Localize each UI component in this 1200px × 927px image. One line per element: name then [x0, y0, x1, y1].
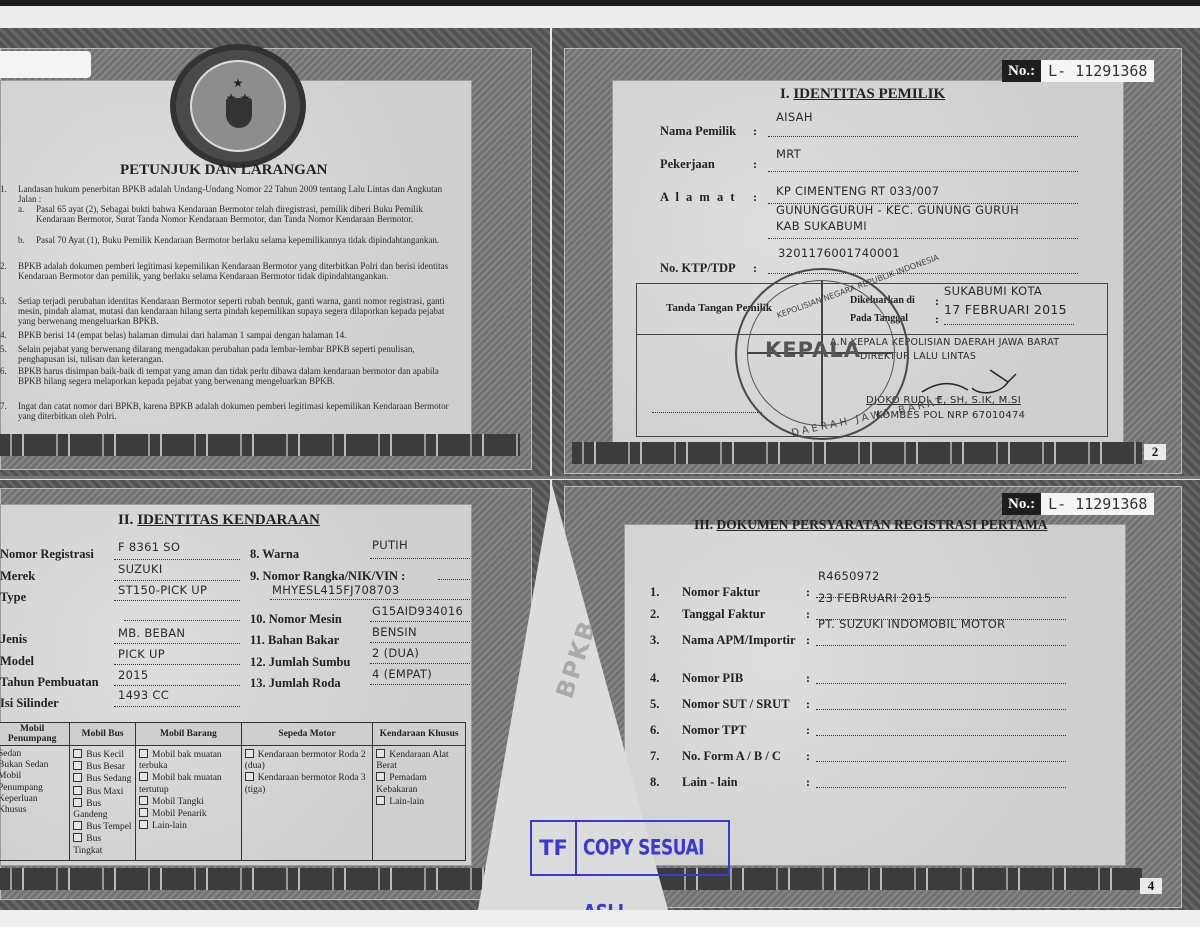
alamat-label: A l a m a t — [660, 190, 737, 205]
colon: : — [806, 775, 810, 790]
category-option-label: Mobil bak muatan terbuka — [139, 750, 222, 771]
field-label: Nomor SUT / SRUT — [682, 697, 790, 712]
nomor-registrasi-value: F 8361 SO — [118, 540, 180, 554]
colon: : — [806, 723, 810, 738]
pekerjaan-value: MRT — [776, 147, 801, 161]
dotted-line — [816, 645, 1066, 646]
field-number: 8. — [650, 775, 659, 790]
jumlah-sumbu-value: 2 (DUA) — [372, 646, 419, 660]
checkbox[interactable] — [139, 749, 148, 758]
checkbox[interactable] — [73, 833, 82, 842]
dotted-line — [114, 706, 240, 707]
colon: : — [806, 697, 810, 712]
document-number-p2: No.:L- 11291368 — [1002, 60, 1154, 82]
stamp-tf-text: TF — [532, 822, 577, 874]
dotted-line — [816, 761, 1066, 762]
pekerjaan-label: Pekerjaan — [660, 157, 715, 172]
category-column: Kendaraan Alat BeratPemadam KebakaranLai… — [373, 746, 466, 861]
page-3-title: II. IDENTITAS KENDARAAN — [118, 512, 320, 529]
category-option[interactable]: Mobil bak muatan terbuka — [139, 749, 238, 772]
page-1-title: PETUNJUK DAN LARANGAN — [120, 162, 328, 179]
checkbox[interactable] — [139, 772, 148, 781]
dotted-line — [124, 620, 240, 621]
category-header: Mobil Barang — [136, 723, 242, 746]
colon: : — [806, 607, 810, 622]
checkbox[interactable] — [73, 798, 82, 807]
checkbox[interactable] — [73, 761, 82, 770]
category-option[interactable]: Bukan Sedan — [0, 760, 66, 771]
checkbox[interactable] — [376, 749, 385, 758]
number-label: No.: — [1002, 493, 1041, 515]
category-column: Kendaraan bermotor Roda 2 (dua)Kendaraan… — [241, 746, 373, 861]
dotted-line — [114, 580, 240, 581]
category-option-label: Bus Besar — [86, 762, 125, 772]
category-option[interactable]: Mobil Penumpang — [0, 771, 66, 793]
category-option-label: Kendaraan Alat Berat — [376, 750, 448, 771]
bahan-bakar-value: BENSIN — [372, 625, 417, 639]
polri-seal-emblem: ★★ ★ — [170, 44, 306, 168]
jumlah-sumbu-label: 12. Jumlah Sumbu — [250, 655, 350, 670]
nomor-rangka-label: 9. Nomor Rangka/NIK/VIN : — [250, 569, 405, 584]
ktp-label: No. KTP/TDP — [660, 261, 736, 276]
ktp-value: 3201176001740001 — [778, 246, 900, 260]
warna-label: 8. Warna — [250, 547, 299, 562]
category-option-label: Mobil bak muatan tertutup — [139, 773, 222, 794]
field-value: PT. SUZUKI INDOMOBIL MOTOR — [818, 617, 1005, 631]
field-number: 6. — [650, 723, 659, 738]
dotted-line — [768, 238, 1078, 239]
category-option-label: Lain-lain — [152, 821, 187, 831]
colon: : — [806, 671, 810, 686]
category-header: Mobil Penumpang — [0, 723, 70, 746]
warna-value: PUTIH — [372, 538, 408, 552]
instruction-text: BPKB berisi 14 (empat belas) halaman dim… — [18, 330, 460, 340]
dotted-line — [114, 685, 240, 686]
category-option-label: Bukan Sedan — [0, 760, 48, 770]
checkbox[interactable] — [245, 772, 254, 781]
category-option[interactable]: Bus Tingkat — [73, 833, 132, 856]
category-option-label: Mobil Tangki — [152, 797, 204, 807]
category-option[interactable]: Mobil Tangki — [139, 796, 238, 808]
field-label: Tanggal Faktur — [682, 607, 765, 622]
dotted-line — [114, 600, 240, 601]
jenis-value: MB. BEBAN — [118, 626, 185, 640]
stamp-center-text: KEPALA — [765, 338, 861, 362]
merek-value: SUZUKI — [118, 562, 163, 576]
page-number-2: 2 — [1144, 444, 1166, 460]
checkbox[interactable] — [73, 773, 82, 782]
category-option[interactable]: Mobil bak muatan tertutup — [139, 772, 238, 795]
category-option[interactable]: Keperluan Khusus — [0, 794, 66, 816]
category-option-label: Bus Maxi — [86, 787, 123, 797]
nomor-rangka-value: MHYESL415FJ708703 — [272, 583, 400, 597]
field-value: 23 FEBRUARI 2015 — [818, 591, 931, 605]
dotted-line — [816, 709, 1066, 710]
dotted-line — [768, 171, 1078, 172]
type-label: Type — [0, 590, 26, 605]
instruction-text: Setiap terjadi perubahan identitas Kenda… — [18, 296, 460, 326]
category-option[interactable]: Pemadam Kebakaran — [376, 772, 462, 795]
category-option[interactable]: Bus Tempel — [73, 821, 132, 833]
dotted-line — [370, 684, 470, 685]
page-1-bottom-ornament — [0, 434, 520, 456]
field-number: 2. — [650, 607, 659, 622]
category-option-label: Lain-lain — [389, 797, 424, 807]
category-option-label: Mobil Penarik — [152, 809, 207, 819]
instruction-text: BPKB harus disimpan baik-baik di tempat … — [18, 366, 460, 386]
field-label: Nama APM/Importir — [682, 633, 796, 648]
checkbox[interactable] — [139, 796, 148, 805]
category-option[interactable]: Bus Sedang — [73, 773, 132, 785]
field-label: Nomor Faktur — [682, 585, 760, 600]
field-number: 4. — [650, 671, 659, 686]
type-value: ST150-PICK UP — [118, 583, 207, 597]
colon: : — [806, 585, 810, 600]
item-number: 5. — [0, 344, 7, 354]
instruction-text: Pasal 65 ayat (2), Sebagai bukti bahwa K… — [36, 204, 456, 224]
checkbox[interactable] — [139, 808, 148, 817]
nama-pemilik-label: Nama Pemilik — [660, 124, 736, 139]
category-option[interactable]: Lain-lain — [139, 820, 238, 832]
page-4-title: III. DOKUMEN PERSYARATAN REGISTRASI PERT… — [694, 517, 1047, 533]
colon: : — [806, 633, 810, 648]
category-option-label: Kendaraan bermotor Roda 3 (tiga) — [245, 773, 366, 794]
colon: : — [806, 749, 810, 764]
field-label: Lain - lain — [682, 775, 738, 790]
scan-bottom-margin — [0, 910, 1200, 927]
item-number: 1. — [0, 184, 7, 194]
category-option[interactable]: Bus Besar — [73, 761, 132, 773]
category-option[interactable]: Kendaraan Alat Berat — [376, 749, 462, 772]
item-number: b. — [18, 235, 25, 245]
checkbox[interactable] — [376, 796, 385, 805]
instruction-text: Ingat dan catat nomor dari BPKB, karena … — [18, 401, 460, 421]
checkbox[interactable] — [376, 772, 385, 781]
alamat-line-3: KAB SUKABUMI — [776, 219, 867, 233]
category-option-label: Sedan — [0, 749, 21, 759]
field-number: 5. — [650, 697, 659, 712]
category-option-label: Bus Tempel — [86, 822, 131, 832]
alamat-line-2: GUNUNGGURUH - KEC. GUNUNG GURUH — [776, 203, 1019, 217]
dotted-line — [370, 558, 470, 559]
model-label: Model — [0, 654, 34, 669]
category-option[interactable]: Bus Gandeng — [73, 798, 132, 821]
dotted-line — [816, 735, 1066, 736]
category-option[interactable]: Lain-lain — [376, 796, 462, 808]
dotted-line — [114, 664, 240, 665]
isi-silinder-value: 1493 CC — [118, 688, 169, 702]
field-label: Nomor PIB — [682, 671, 743, 686]
category-option-label: Keperluan Khusus — [0, 794, 38, 815]
dotted-line — [370, 621, 470, 622]
issue-date-value: 17 FEBRUARI 2015 — [944, 302, 1067, 317]
stamp-copy-text: COPY SESUAI ASLI — [577, 816, 728, 881]
category-header: Mobil Bus — [70, 723, 136, 746]
category-option[interactable]: Kendaraan bermotor Roda 3 (tiga) — [245, 772, 370, 795]
page-3-bottom-ornament — [0, 868, 520, 890]
field-number: 7. — [650, 749, 659, 764]
alamat-line-1: KP CIMENTENG RT 033/007 — [776, 184, 939, 198]
category-column: SedanBukan SedanMobil PenumpangKeperluan… — [0, 746, 70, 861]
item-number: 4. — [0, 330, 7, 340]
dotted-line — [370, 642, 470, 643]
category-option[interactable]: Mobil Penarik — [139, 808, 238, 820]
category-column: Mobil bak muatan terbukaMobil bak muatan… — [136, 746, 242, 861]
item-number: 2. — [0, 261, 7, 271]
nama-pemilik-value: AISAH — [776, 110, 813, 124]
issued-at-value: SUKABUMI KOTA — [944, 284, 1042, 298]
dotted-line — [944, 324, 1074, 325]
category-option-label: Mobil Penumpang — [0, 771, 43, 792]
page-4-title-text: DOKUMEN PERSYARATAN REGISTRASI PERTAMA — [717, 517, 1048, 532]
number-value: L- 11291368 — [1041, 60, 1154, 82]
redacted-area — [0, 51, 91, 78]
dotted-line — [114, 643, 240, 644]
instructions-list: 1.Landasan hukum penerbitan BPKB adalah … — [0, 184, 470, 434]
nomor-mesin-label: 10. Nomor Mesin — [250, 612, 342, 627]
field-number: 1. — [650, 585, 659, 600]
item-number: 3. — [0, 296, 7, 306]
nomor-registrasi-label: Nomor Registrasi — [0, 547, 94, 562]
category-option[interactable]: Sedan — [0, 749, 66, 760]
item-number: 7. — [0, 401, 7, 411]
dotted-line — [816, 683, 1066, 684]
document-number-p4: No.:L- 11291368 — [1002, 493, 1154, 515]
field-label: Nomor TPT — [682, 723, 746, 738]
category-option-label: Bus Kecil — [86, 750, 124, 760]
number-label: No.: — [1002, 60, 1041, 82]
dotted-line — [768, 136, 1078, 137]
dotted-line — [438, 579, 470, 580]
page-number-4: 4 — [1140, 878, 1162, 894]
fold-line — [0, 476, 1200, 479]
scan-top-margin — [0, 6, 1200, 28]
page-3-title-text: IDENTITAS KENDARAAN — [137, 512, 320, 528]
item-number: 6. — [0, 366, 7, 376]
checkbox[interactable] — [73, 821, 82, 830]
merek-label: Merek — [0, 569, 35, 584]
instruction-text: Selain pejabat yang berwenang dilarang m… — [18, 344, 460, 364]
jumlah-roda-value: 4 (EMPAT) — [372, 667, 432, 681]
dotted-line — [114, 559, 240, 560]
model-value: PICK UP — [118, 647, 165, 661]
dotted-line — [370, 663, 470, 664]
category-option[interactable]: Kendaraan bermotor Roda 2 (dua) — [245, 749, 370, 772]
owner-signature-line — [652, 412, 762, 413]
jumlah-roda-label: 13. Jumlah Roda — [250, 676, 341, 691]
checkbox[interactable] — [73, 749, 82, 758]
category-column: Bus KecilBus BesarBus SedangBus MaxiBus … — [70, 746, 136, 861]
isi-silinder-label: Isi Silinder — [0, 696, 59, 711]
category-header: Kendaraan Khusus — [373, 723, 466, 746]
number-value: L- 11291368 — [1041, 493, 1154, 515]
category-option-label: Bus Sedang — [86, 774, 131, 784]
checkbox[interactable] — [139, 820, 148, 829]
instruction-text: Landasan hukum penerbitan BPKB adalah Un… — [18, 184, 460, 204]
field-number: 3. — [650, 633, 659, 648]
field-label: No. Form A / B / C — [682, 749, 781, 764]
category-option[interactable]: Bus Maxi — [73, 786, 132, 798]
page-2-title: I. IDENTITAS PEMILIK — [780, 86, 945, 103]
nomor-mesin-value: G15AID934016 — [372, 604, 463, 618]
jenis-label: Jenis — [0, 632, 27, 647]
checkbox[interactable] — [73, 786, 82, 795]
instruction-text: BPKB adalah dokumen pemberi legitimasi k… — [18, 261, 460, 281]
item-number: a. — [18, 204, 24, 214]
dotted-line — [270, 599, 470, 600]
category-option[interactable]: Bus Kecil — [73, 749, 132, 761]
tahun-pembuatan-value: 2015 — [118, 668, 148, 682]
bahan-bakar-label: 11. Bahan Bakar — [250, 633, 339, 648]
copy-certified-stamp: TF COPY SESUAI ASLI — [530, 820, 730, 876]
official-signature — [920, 360, 1030, 400]
tahun-pembuatan-label: Tahun Pembuatan — [0, 675, 99, 690]
category-option-label: Kendaraan bermotor Roda 2 (dua) — [245, 750, 366, 771]
instruction-text: Pasal 70 Ayat (1), Buku Pemilik Kendaraa… — [36, 235, 456, 245]
shield-icon — [226, 98, 252, 128]
field-value: R4650972 — [818, 569, 880, 583]
vehicle-category-table: Mobil PenumpangMobil BusMobil BarangSepe… — [0, 722, 466, 861]
page-2-bottom-ornament — [572, 442, 1142, 464]
dotted-line — [816, 787, 1066, 788]
category-header: Sepeda Motor — [241, 723, 373, 746]
page-2-title-text: IDENTITAS PEMILIK — [793, 86, 945, 102]
checkbox[interactable] — [245, 749, 254, 758]
